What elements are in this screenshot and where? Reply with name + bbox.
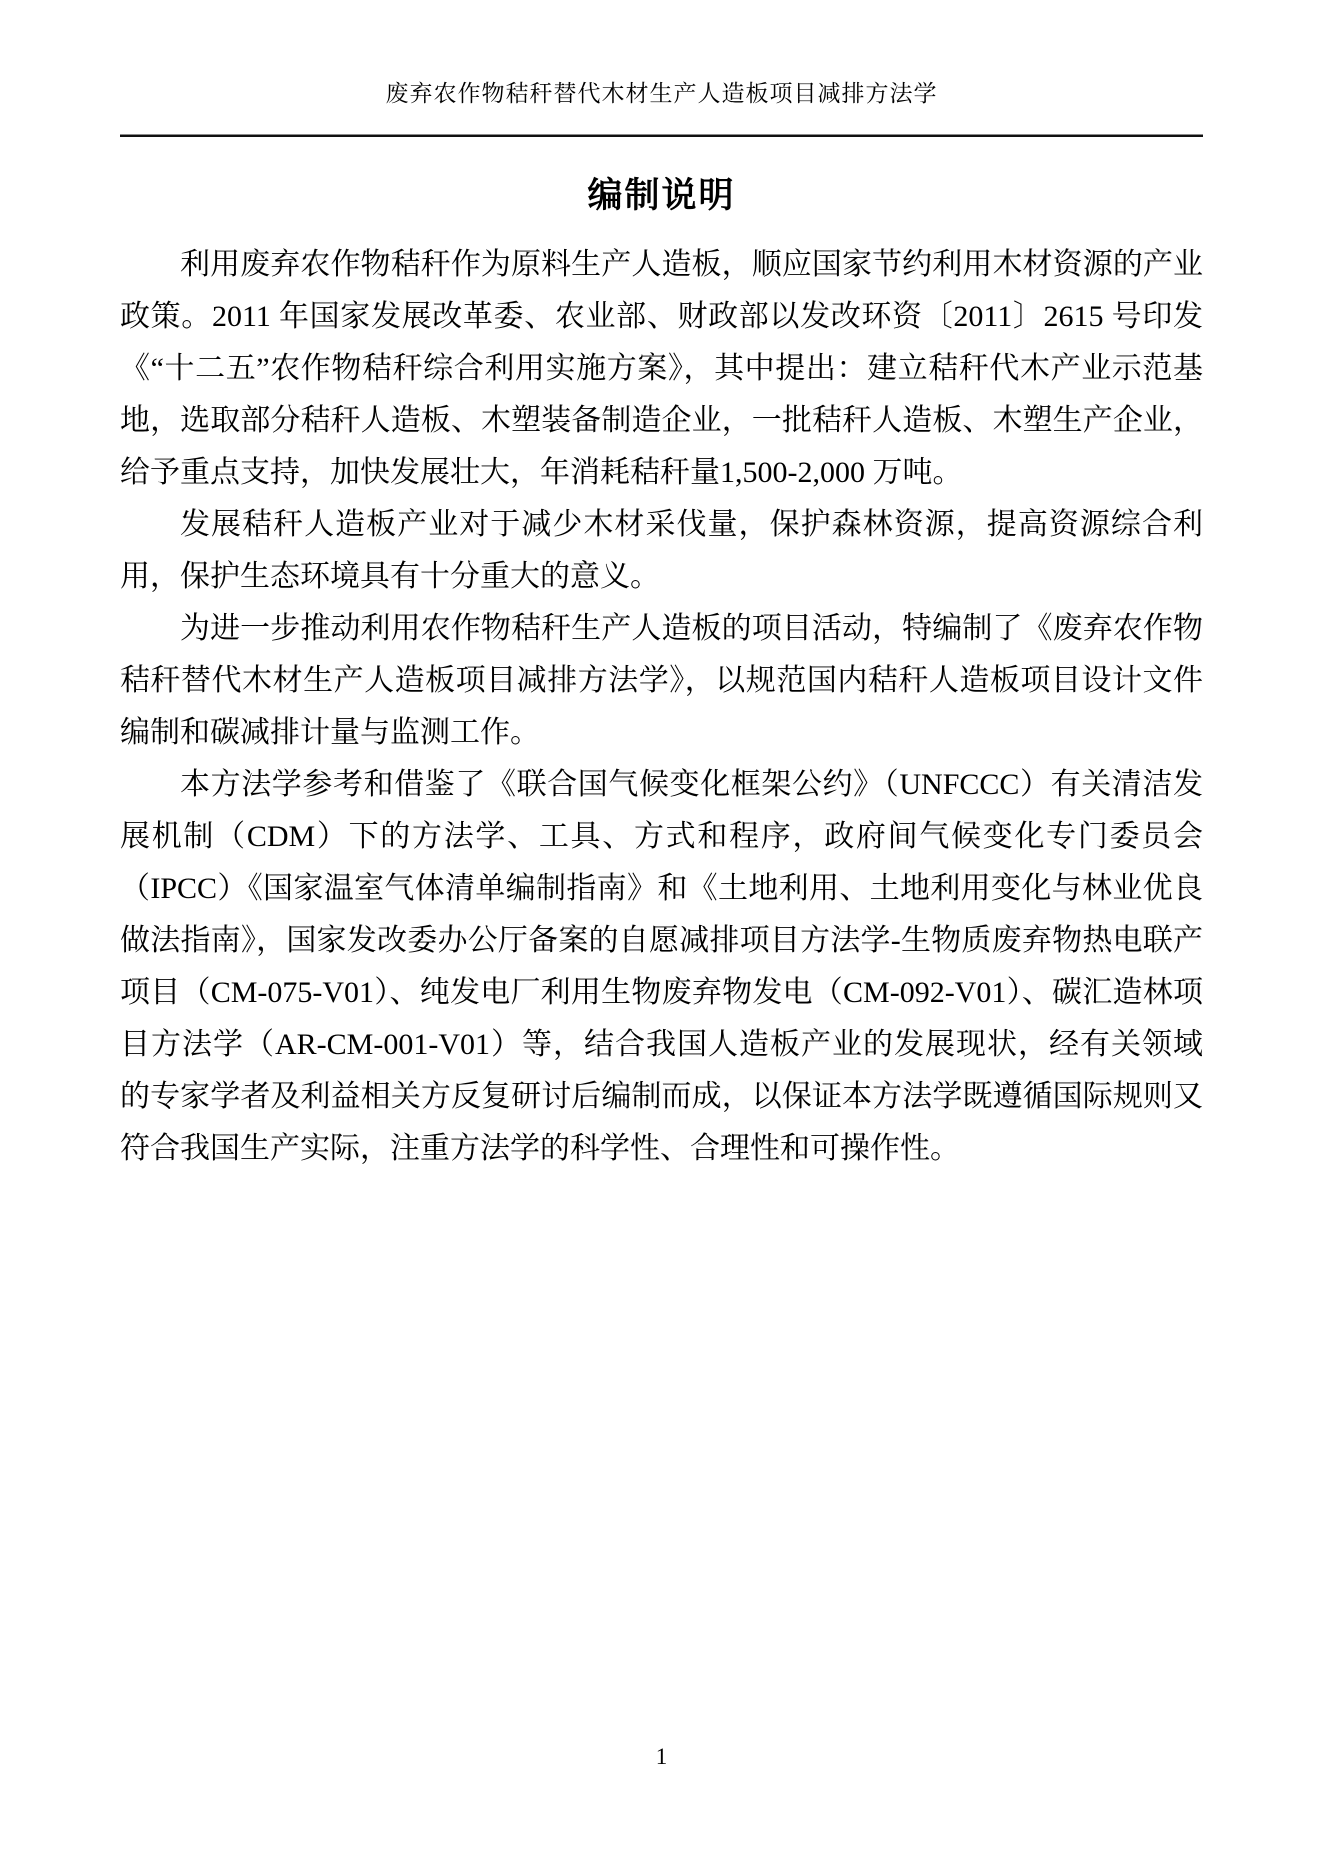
page-number: 1 xyxy=(656,1744,668,1769)
header-rule xyxy=(120,134,1203,137)
document-body: 利用废弃农作物秸秆作为原料生产人造板，顺应国家节约利用木材资源的产业政策。201… xyxy=(120,239,1203,1175)
document-page: 废弃农作物秸秆替代木材生产人造板项目减排方法学 编制说明 利用废弃农作物秸秆作为… xyxy=(0,0,1323,1871)
paragraph-intro-policy: 利用废弃农作物秸秆作为原料生产人造板，顺应国家节约利用木材资源的产业政策。201… xyxy=(120,239,1203,499)
paragraph-purpose: 为进一步推动利用农作物秸秆生产人造板的项目活动，特编制了《废弃农作物秸秆替代木材… xyxy=(120,603,1203,759)
page-footer: 1 xyxy=(0,1742,1323,1772)
running-header-title: 废弃农作物秸秆替代木材生产人造板项目减排方法学 xyxy=(120,78,1203,110)
paragraph-significance: 发展秸秆人造板产业对于减少木材采伐量，保护森林资源，提高资源综合利用，保护生态环… xyxy=(120,499,1203,603)
page-header: 废弃农作物秸秆替代木材生产人造板项目减排方法学 xyxy=(120,0,1203,137)
paragraph-references: 本方法学参考和借鉴了《联合国气候变化框架公约》（UNFCCC）有关清洁发展机制（… xyxy=(120,759,1203,1175)
section-title: 编制说明 xyxy=(120,175,1203,217)
